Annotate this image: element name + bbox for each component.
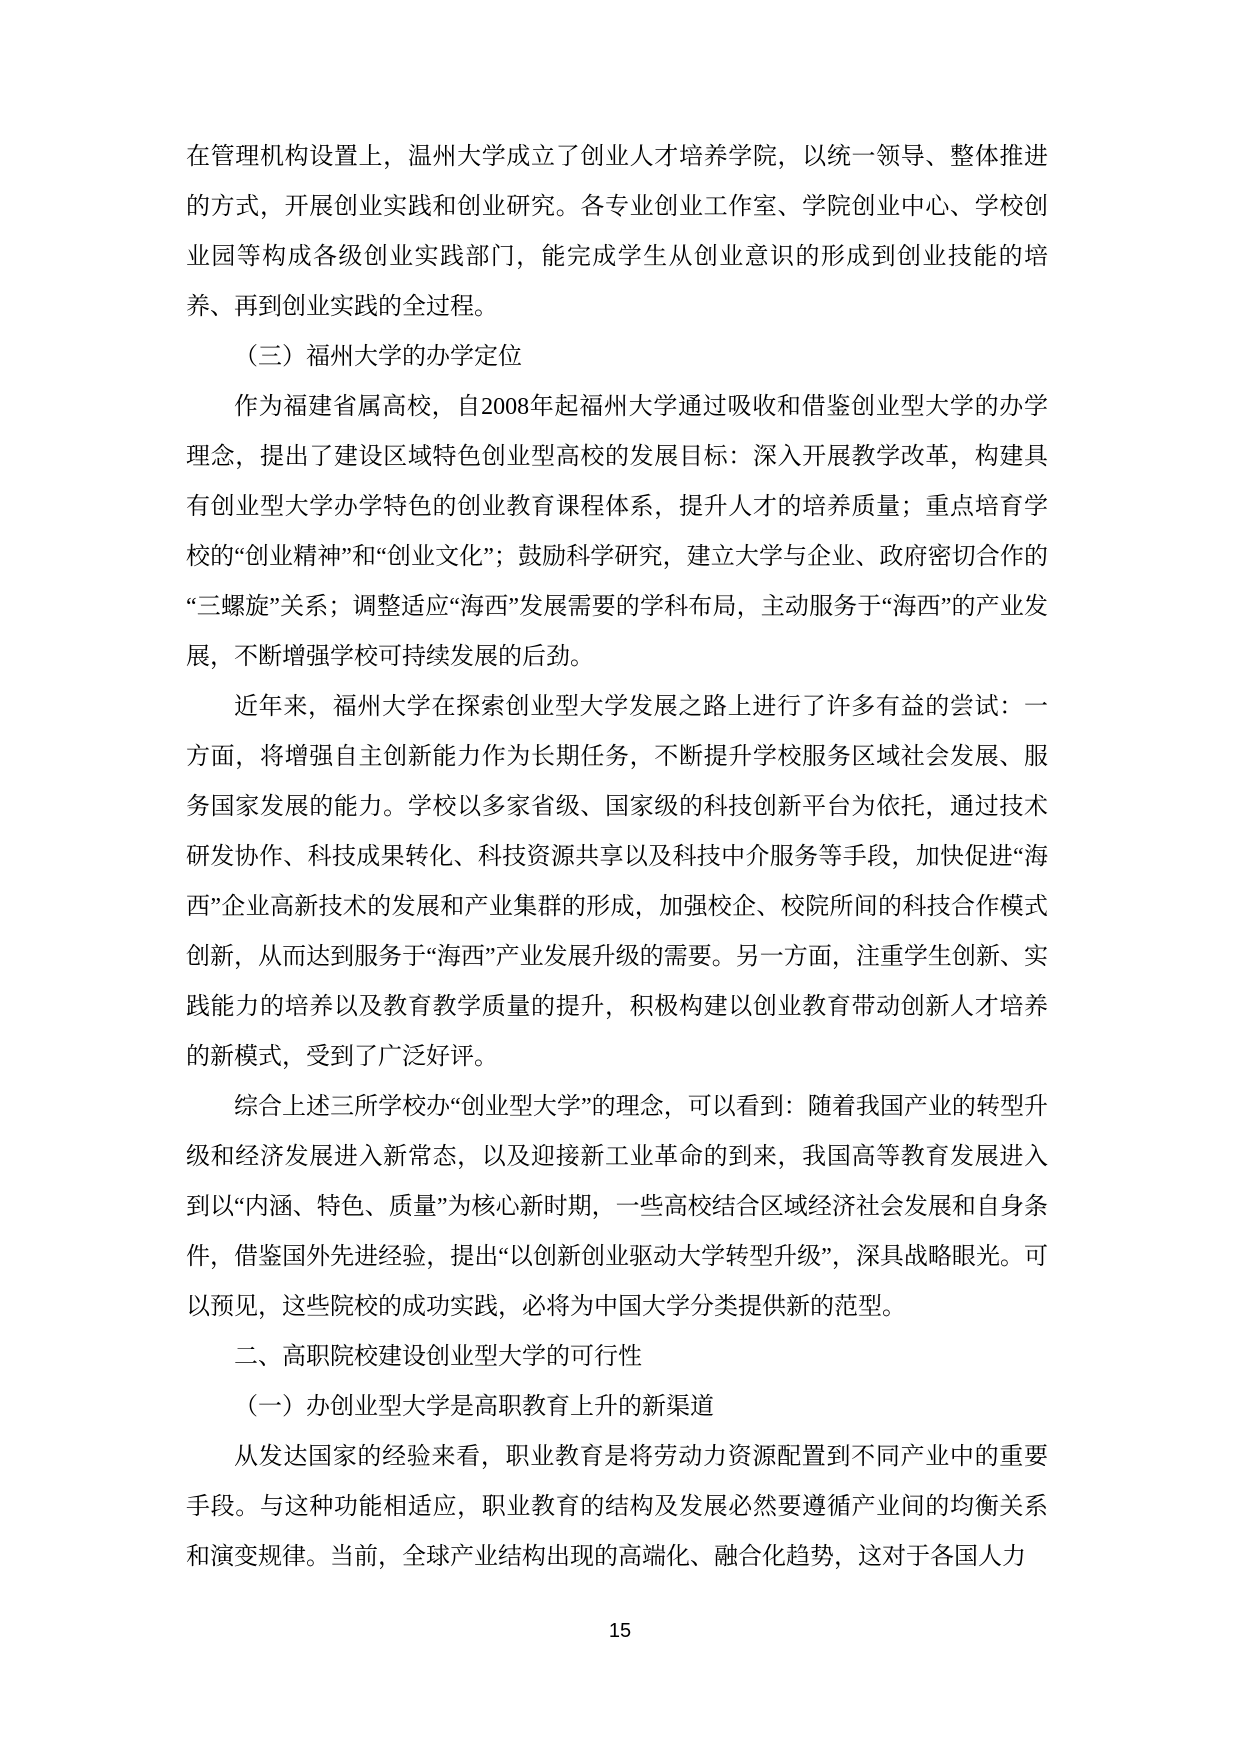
paragraph-fuzhou-practice: 近年来，福州大学在探索创业型大学发展之路上进行了许多有益的尝试：一方面，将增强自… [186, 682, 1048, 1082]
chapter-heading-feasibility: 二、高职院校建设创业型大学的可行性 [186, 1332, 1048, 1382]
section-heading-fuzhou-university: （三）福州大学的办学定位 [186, 332, 1048, 382]
paragraph-fuzhou-goals: 作为福建省属高校，自2008年起福州大学通过吸收和借鉴创业型大学的办学理念，提出… [186, 382, 1048, 682]
section-heading-new-channel: （一）办创业型大学是高职教育上升的新渠道 [186, 1382, 1048, 1432]
paragraph-vocational-education: 从发达国家的经验来看，职业教育是将劳动力资源配置到不同产业中的重要手段。与这种功… [186, 1432, 1048, 1582]
page-content: 在管理机构设置上，温州大学成立了创业人才培养学院，以统一领导、整体推进的方式，开… [186, 132, 1048, 1582]
paragraph-summary: 综合上述三所学校办“创业型大学”的理念，可以看到：随着我国产业的转型升级和经济发… [186, 1082, 1048, 1332]
page-number: 15 [0, 1620, 1240, 1643]
paragraph-continuation: 在管理机构设置上，温州大学成立了创业人才培养学院，以统一领导、整体推进的方式，开… [186, 132, 1048, 332]
document-page: 在管理机构设置上，温州大学成立了创业人才培养学院，以统一领导、整体推进的方式，开… [0, 0, 1240, 1753]
